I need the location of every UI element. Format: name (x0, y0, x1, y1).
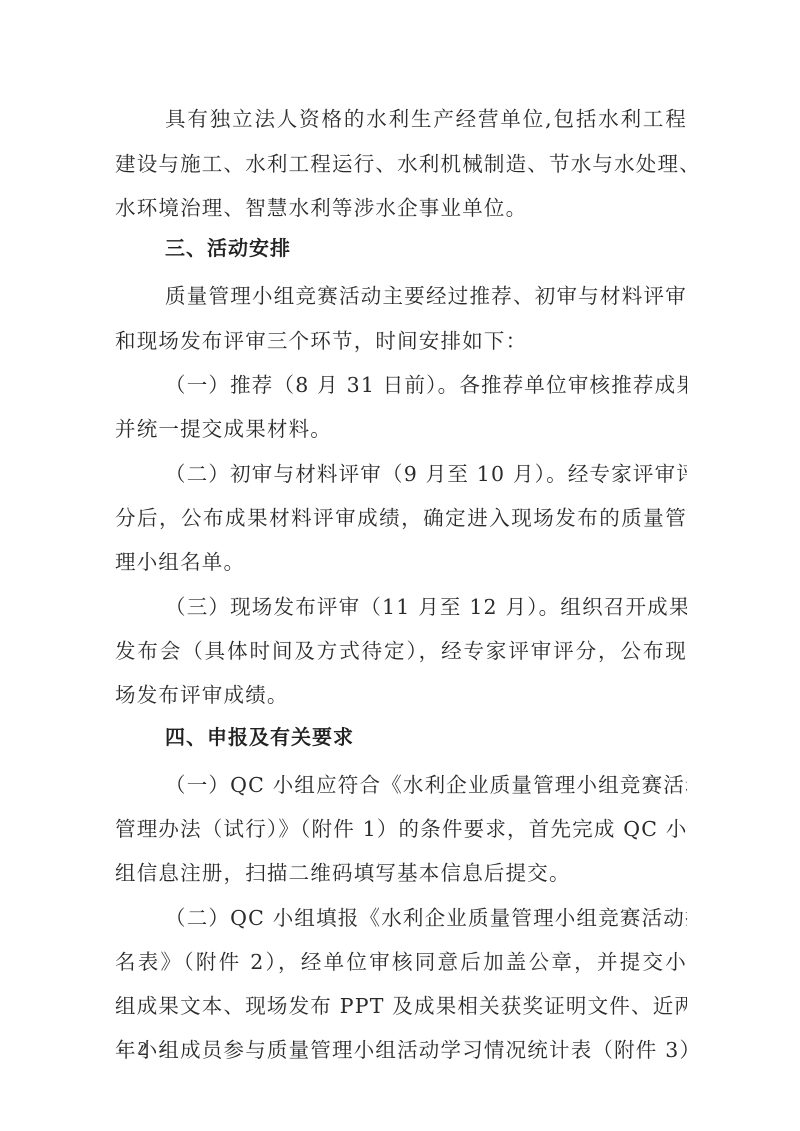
list-item-line: 并统一提交成果材料。 (115, 414, 687, 444)
list-item-line: （一）推荐（8 月 31 日前）。各推荐单位审核推荐成果， (165, 370, 687, 400)
list-item-line: 管理办法（试行）》（附件 1）的条件要求，首先完成 QC 小 (115, 814, 687, 844)
list-item-line: 分后，公布成果材料评审成绩，确定进入现场发布的质量管 (115, 503, 687, 533)
paragraph-line: 建设与施工、水利工程运行、水利机械制造、节水与水处理、 (115, 149, 687, 179)
list-item-line: 年小组成员参与质量管理小组活动学习情况统计表（附件 3） (115, 1035, 687, 1065)
list-item-line: 名表》（附件 2），经单位审核同意后加盖公章，并提交小 (115, 947, 687, 977)
document-page: 具有独立法人资格的水利生产经营单位,包括水利工程 建设与施工、水利工程运行、水利… (0, 0, 800, 1131)
list-item-line: （三）现场发布评审（11 月至 12 月）。组织召开成果 (165, 592, 687, 622)
paragraph-line: 具有独立法人资格的水利生产经营单位,包括水利工程 (165, 104, 687, 134)
list-item-line: （二）初审与材料评审（9 月至 10 月）。经专家评审评 (165, 459, 687, 489)
paragraph-line: 和现场发布评审三个环节，时间安排如下： (115, 326, 687, 356)
paragraph-line: 水环境治理、智慧水利等涉水企事业单位。 (115, 193, 687, 223)
list-item-line: 组信息注册，扫描二维码填写基本信息后提交。 (115, 858, 687, 888)
list-item-line: 场发布评审成绩。 (115, 680, 687, 710)
list-item-line: 理小组名单。 (115, 547, 687, 577)
section-heading-requirements: 四、申报及有关要求 (165, 722, 354, 752)
list-item-line: （一）QC 小组应符合《水利企业质量管理小组竞赛活动 (165, 770, 687, 800)
page-number: - 2 - (118, 1038, 171, 1061)
list-item-line: 组成果文本、现场发布 PPT 及成果相关获奖证明文件、近两 (115, 991, 687, 1021)
list-item-line: （二）QC 小组填报《水利企业质量管理小组竞赛活动报 (165, 903, 687, 933)
section-heading-activity-arrangement: 三、活动安排 (165, 233, 291, 263)
list-item-line: 发布会（具体时间及方式待定），经专家评审评分，公布现 (115, 636, 687, 666)
paragraph-line: 质量管理小组竞赛活动主要经过推荐、初审与材料评审 (165, 281, 687, 311)
